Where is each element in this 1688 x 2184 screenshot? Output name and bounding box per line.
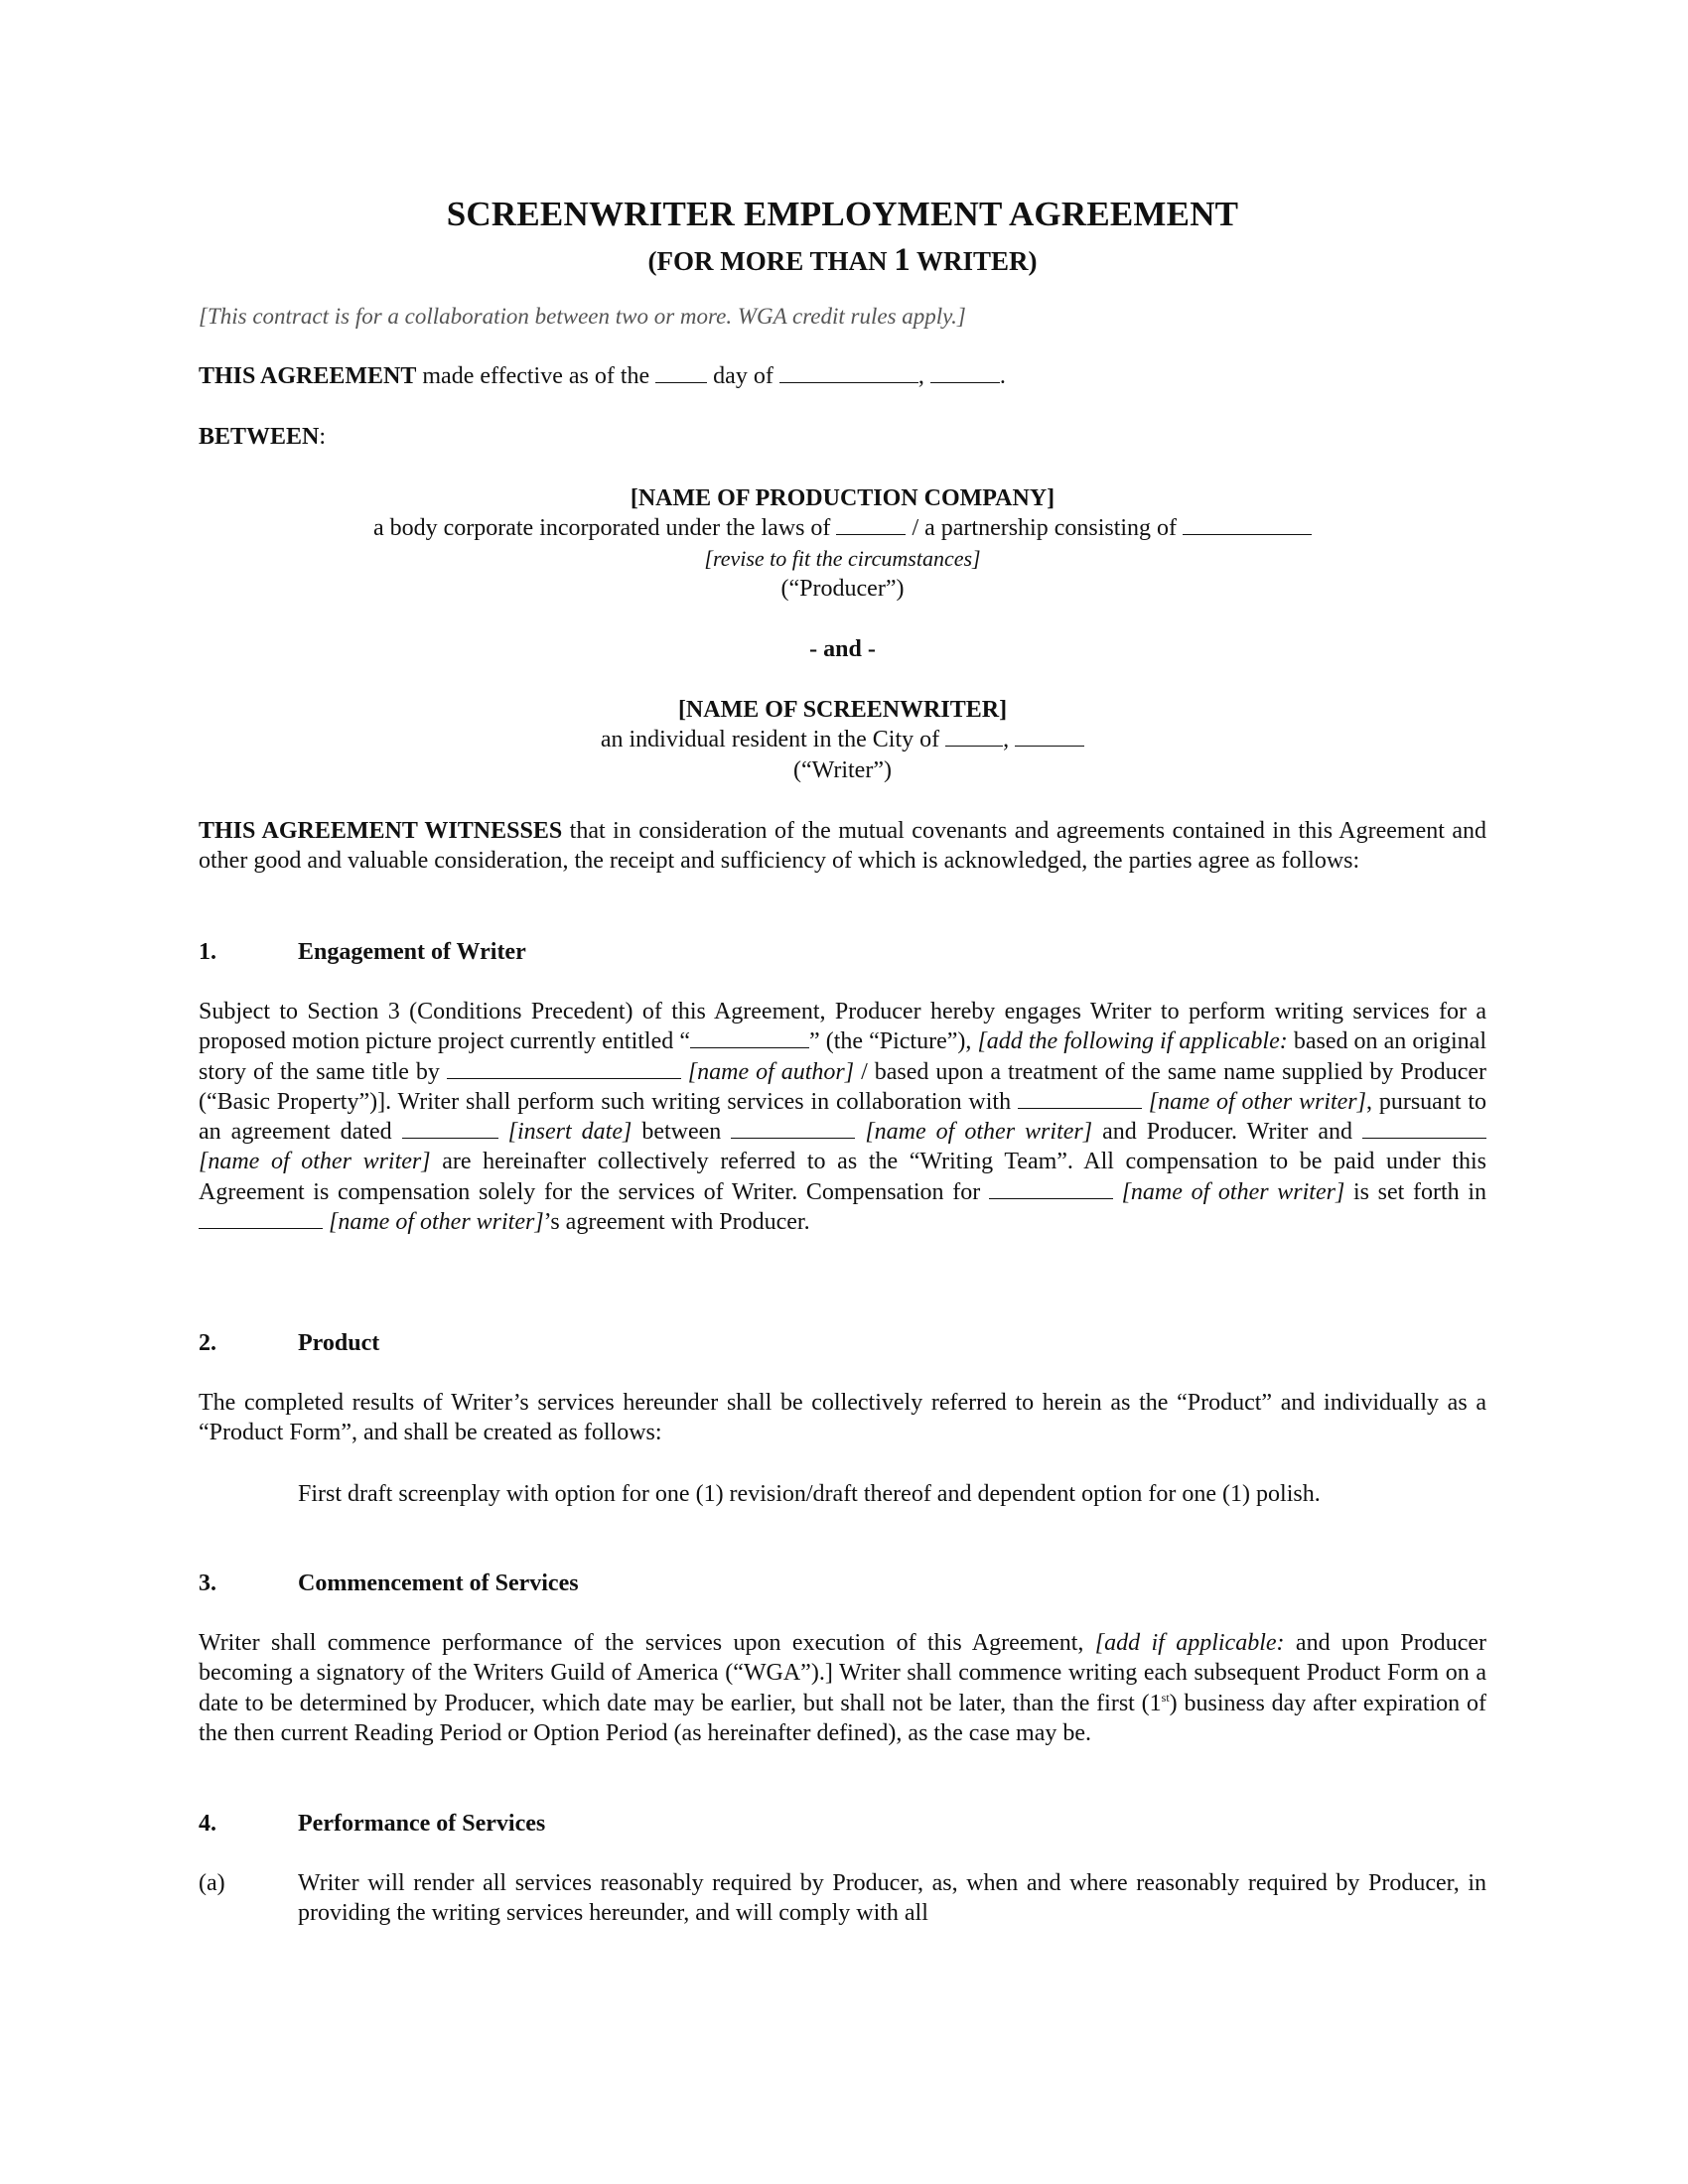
drafting-note: [This contract is for a collaboration be… [199, 304, 1486, 330]
other-writer-blank[interactable] [989, 1178, 1113, 1199]
other-writer-blank[interactable] [1362, 1118, 1486, 1139]
day-blank[interactable] [655, 362, 707, 383]
other-writer-blank[interactable] [1018, 1088, 1142, 1109]
city-blank[interactable] [945, 726, 1003, 747]
party2-defined-term: (“Writer”) [199, 755, 1486, 785]
section-4-heading: 4.Performance of Services [199, 1809, 1486, 1839]
author-blank[interactable] [447, 1058, 681, 1079]
month-blank[interactable] [779, 362, 918, 383]
section-1-paragraph: Subject to Section 3 (Conditions Precede… [199, 997, 1486, 1237]
document-title: SCREENWRITER EMPLOYMENT AGREEMENT [199, 195, 1486, 234]
item-label: (a) [199, 1868, 298, 1929]
party1-description: a body corporate incorporated under the … [199, 513, 1486, 543]
party1-block: [NAME OF PRODUCTION COMPANY] a body corp… [199, 483, 1486, 604]
witnesses-paragraph: THIS AGREEMENT WITNESSES that in conside… [199, 816, 1486, 877]
party2-name: [NAME OF SCREENWRITER] [678, 697, 1007, 723]
jurisdiction-blank[interactable] [836, 514, 906, 535]
item-text: Writer will render all services reasonab… [298, 1868, 1486, 1929]
party1-name: [NAME OF PRODUCTION COMPANY] [631, 485, 1055, 511]
partners-blank[interactable] [1183, 514, 1312, 535]
party2-description: an individual resident in the City of , [199, 725, 1486, 754]
date-blank[interactable] [402, 1118, 498, 1139]
between-label: BETWEEN: [199, 422, 1486, 452]
state-blank[interactable] [1015, 726, 1084, 747]
section-1-heading: 1.Engagement of Writer [199, 937, 1486, 967]
picture-title-blank[interactable] [690, 1027, 809, 1048]
effective-date-line: THIS AGREEMENT made effective as of the … [199, 361, 1486, 391]
party1-defined-term: (“Producer”) [199, 574, 1486, 604]
other-writer-blank[interactable] [731, 1118, 855, 1139]
other-writer-blank[interactable] [199, 1208, 323, 1229]
section-4a-item: (a) Writer will render all services reas… [199, 1868, 1486, 1929]
section-3-paragraph: Writer shall commence performance of the… [199, 1628, 1486, 1748]
and-separator: - and - [199, 634, 1486, 664]
party2-block: [NAME OF SCREENWRITER] an individual res… [199, 695, 1486, 785]
section-2-paragraph: The completed results of Writer’s servic… [199, 1388, 1486, 1448]
year-blank[interactable] [930, 362, 1000, 383]
party1-note: [revise to fit the circumstances] [704, 546, 980, 571]
document-subtitle: (FOR MORE THAN 1 WRITER) [199, 242, 1486, 279]
section-2-product-description: First draft screenplay with option for o… [199, 1479, 1486, 1509]
section-3-heading: 3.Commencement of Services [199, 1569, 1486, 1598]
section-2-heading: 2.Product [199, 1328, 1486, 1358]
